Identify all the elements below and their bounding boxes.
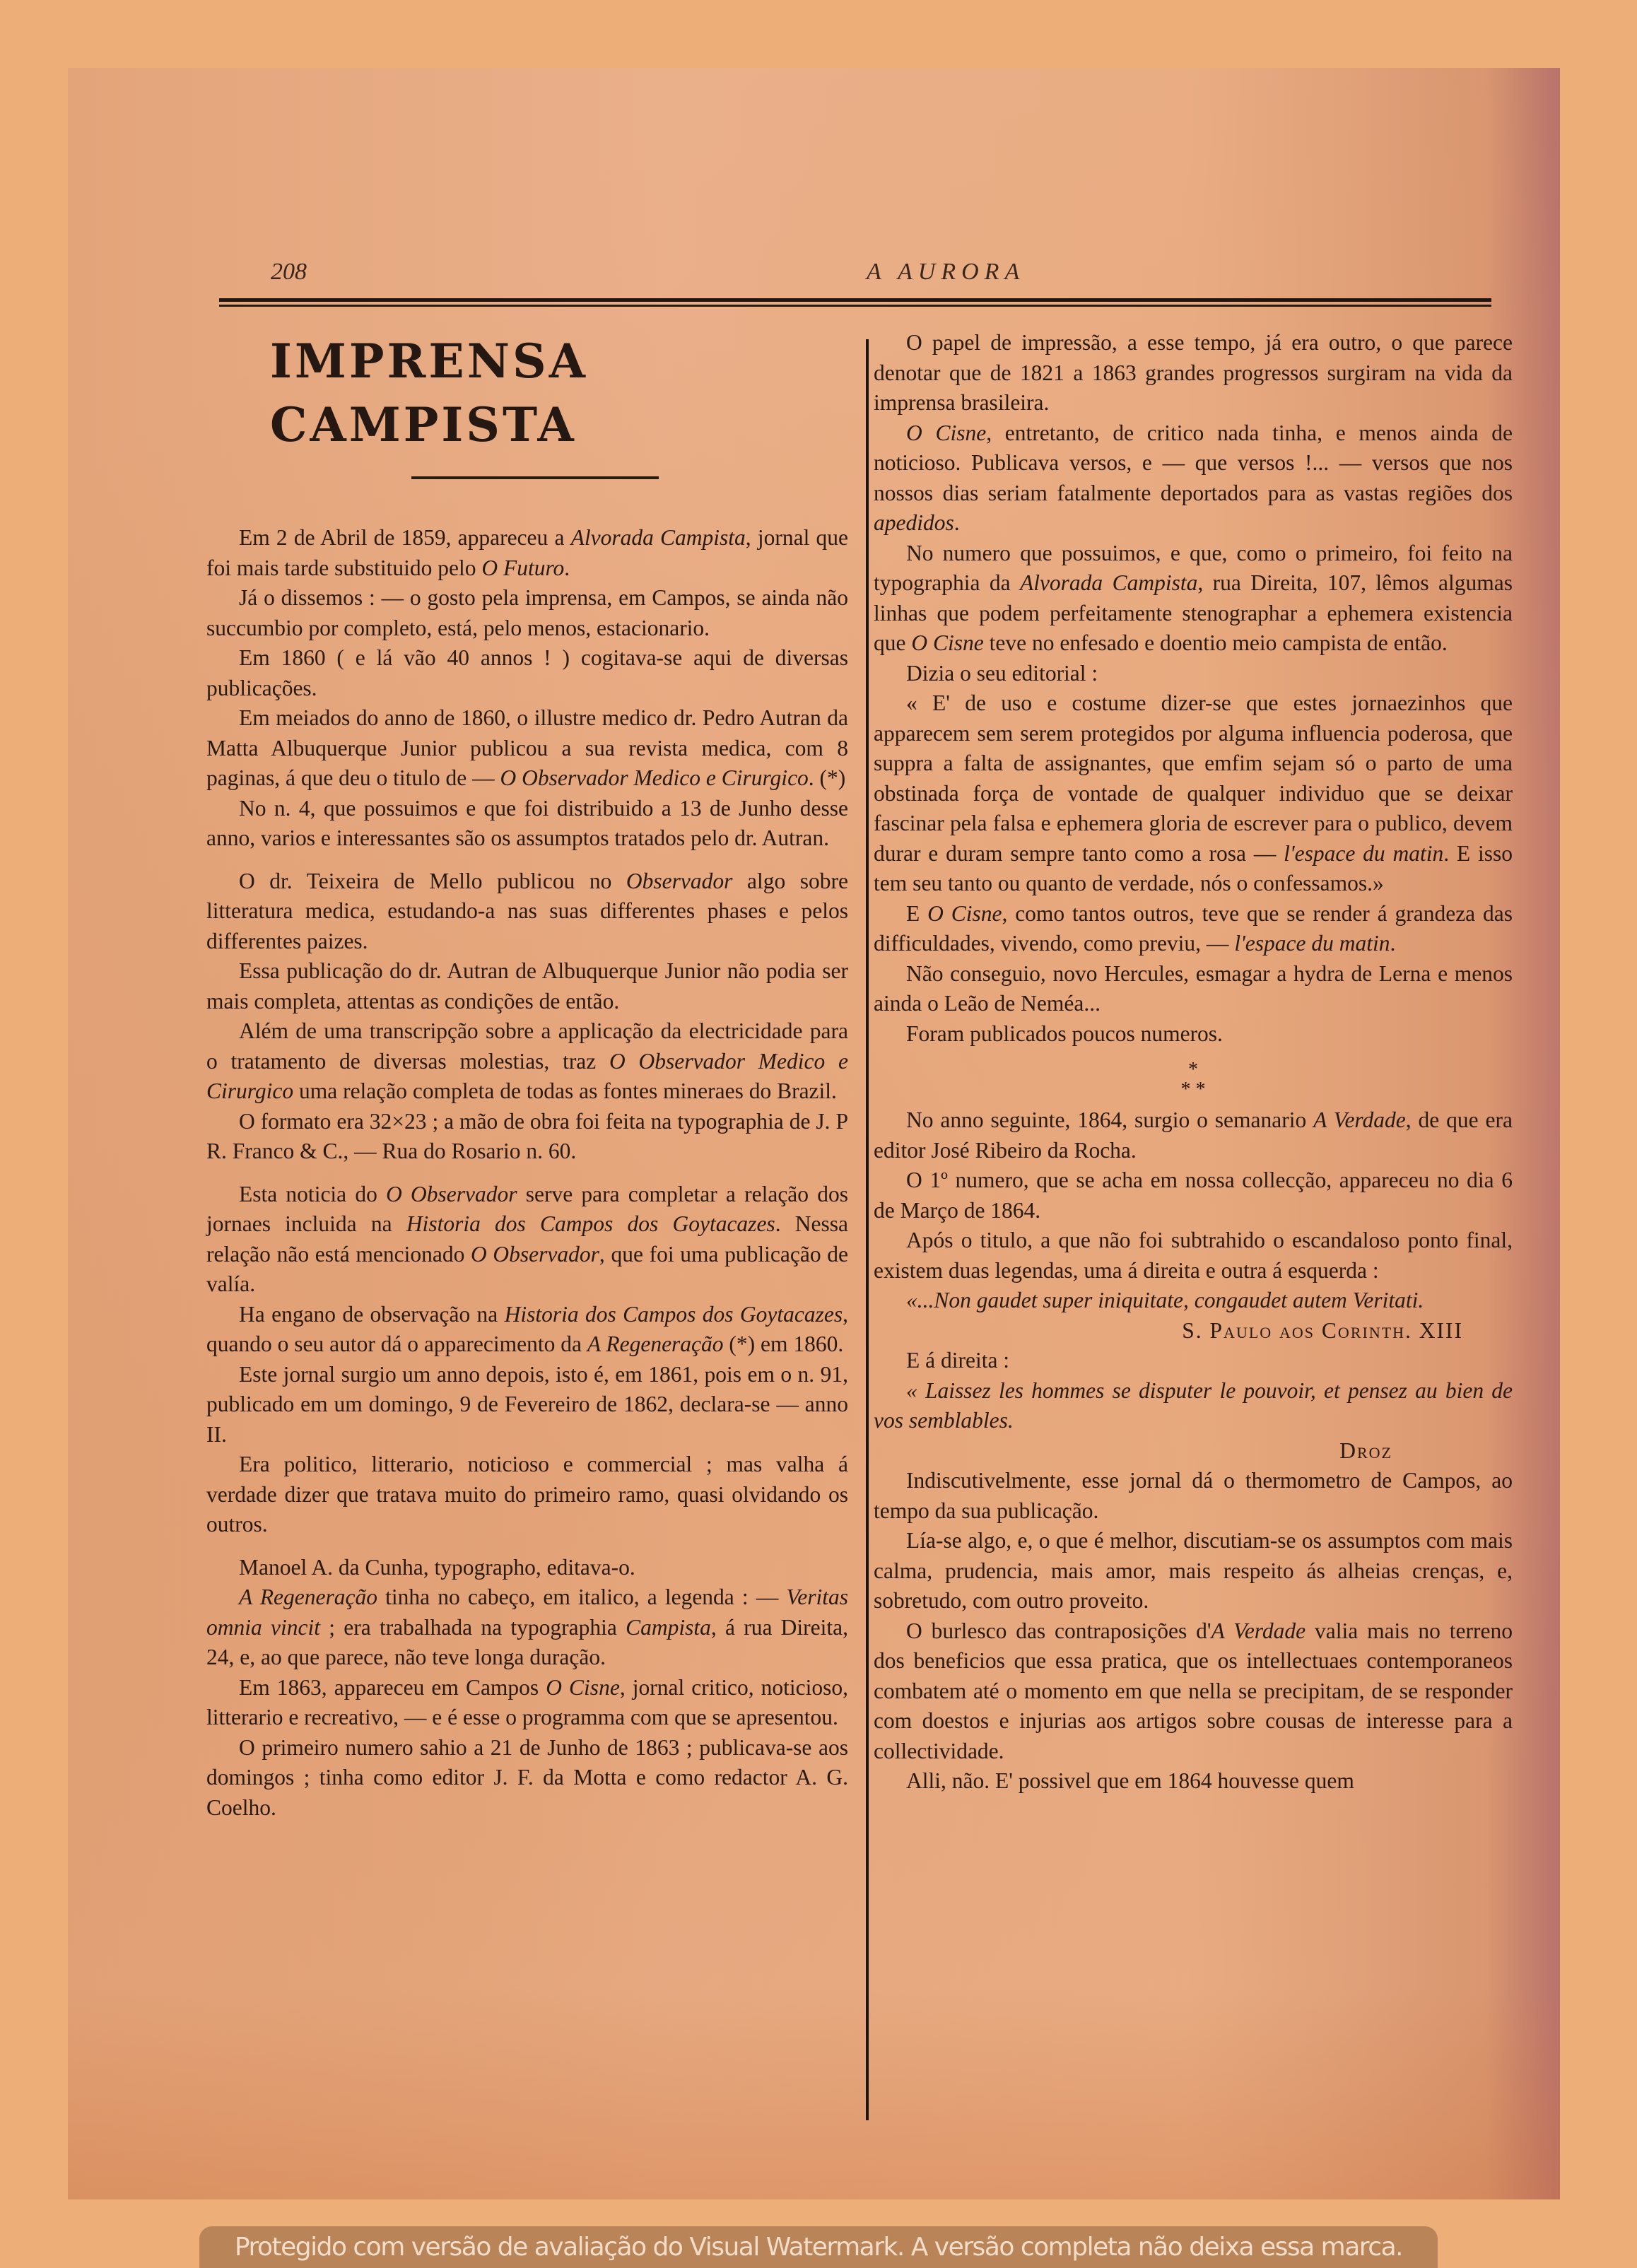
italic-title-text: Alvorada Campista — [1020, 570, 1197, 595]
right-column-body-3: E á direita :« Laissez les hommes se dis… — [874, 1346, 1513, 1436]
paragraph: Dizia o seu editorial : — [874, 659, 1513, 689]
body-text: O formato era 32×23 ; a mão de obra foi … — [206, 1109, 848, 1164]
journal-title: A AURORA — [867, 259, 1025, 286]
title-rule — [411, 476, 659, 479]
paragraph: « E' de uso e costume dizer-se que estes… — [874, 688, 1513, 899]
paragraph: Em 1860 ( e lá vão 40 annos ! ) cogitava… — [206, 643, 848, 703]
paragraph: Manoel A. da Cunha, typographo, editava-… — [206, 1553, 848, 1583]
paragraph: O burlesco das contraposições d'A Verdad… — [874, 1616, 1513, 1767]
paragraph: Além de uma transcripção sobre a applica… — [206, 1016, 848, 1107]
paragraph: Lía-se algo, e, o que é melhor, discutia… — [874, 1526, 1513, 1616]
running-head: 208 A AURORA — [68, 259, 1560, 294]
body-text: ; era trabalhada na typographia — [320, 1615, 626, 1640]
body-text: O 1º numero, que se acha em nossa collec… — [874, 1168, 1513, 1223]
paragraph: O dr. Teixeira de Mello publicou no Obse… — [206, 866, 848, 957]
body-text: uma relação completa de todas as fontes … — [293, 1079, 837, 1103]
body-text: teve no enfesado e doentio meio campista… — [984, 630, 1448, 655]
column-divider — [866, 339, 869, 2120]
body-text: O dr. Teixeira de Mello publicou no — [239, 869, 626, 893]
paragraph: O primeiro numero sahio a 21 de Junho de… — [206, 1733, 848, 1823]
right-column: O papel de impressão, a esse tempo, já e… — [874, 328, 1513, 1797]
paragraph: O formato era 32×23 ; a mão de obra foi … — [206, 1107, 848, 1167]
paragraph: E O Cisne, como tantos outros, teve que … — [874, 899, 1513, 959]
italic-title-text: O Observador — [386, 1182, 517, 1206]
paragraph: «...Non gaudet super iniquitate, congaud… — [874, 1286, 1513, 1316]
body-text: No n. 4, que possuimos e que foi distrib… — [206, 796, 848, 851]
paragraph: Já o dissemos : — o gosto pela imprensa,… — [206, 583, 848, 643]
paragraph: No numero que possuimos, e que, como o p… — [874, 539, 1513, 659]
italic-title-text: l'espace du matin — [1234, 931, 1390, 956]
body-text: Já o dissemos : — o gosto pela imprensa,… — [206, 585, 848, 640]
body-text: E — [906, 901, 927, 926]
body-text: (*) em 1860. — [724, 1332, 844, 1356]
paragraph: Essa publicação do dr. Autran de Albuque… — [206, 956, 848, 1016]
left-column-body: Em 2 de Abril de 1859, appareceu a Alvor… — [206, 523, 848, 1823]
body-text: Após o titulo, a que não foi subtrahido … — [874, 1228, 1513, 1283]
body-text: . — [564, 556, 570, 580]
italic-title-text: « Laissez les hommes se disputer le pouv… — [874, 1378, 1513, 1433]
paragraph: O 1º numero, que se acha em nossa collec… — [874, 1165, 1513, 1226]
body-text: E á direita : — [906, 1348, 1009, 1373]
paper-shading — [68, 1987, 1560, 2199]
paragraph: No anno seguinte, 1864, surgio o semanar… — [874, 1105, 1513, 1165]
body-text: « E' de uso e costume dizer-se que estes… — [874, 691, 1513, 866]
italic-title-text: O Cisne — [906, 421, 986, 445]
paragraph: Indiscutivelmente, esse jornal dá o ther… — [874, 1466, 1513, 1526]
body-text: Indiscutivelmente, esse jornal dá o ther… — [874, 1468, 1513, 1523]
right-column-body-1: O papel de impressão, a esse tempo, já e… — [874, 328, 1513, 1049]
paragraph: O papel de impressão, a esse tempo, já e… — [874, 328, 1513, 418]
article-title: IMPRENSA CAMPISTA — [270, 329, 848, 457]
body-text: Este jornal surgio um anno depois, isto … — [206, 1362, 848, 1447]
left-column: IMPRENSA CAMPISTA Em 2 de Abril de 1859,… — [206, 329, 848, 1823]
scanned-page: 208 A AURORA IMPRENSA CAMPISTA Em 2 de A… — [68, 68, 1560, 2199]
body-text: tinha no cabeço, em italico, a legenda :… — [377, 1585, 786, 1609]
body-text: O burlesco das contraposições d' — [906, 1618, 1211, 1643]
paragraph: Em 2 de Abril de 1859, appareceu a Alvor… — [206, 523, 848, 583]
body-text: Em 1860 ( e lá vão 40 annos ! ) cogitava… — [206, 645, 848, 700]
page-number: 208 — [271, 259, 307, 286]
body-text: Ha engano de observação na — [239, 1302, 505, 1327]
body-text: Esta noticia do — [239, 1182, 386, 1206]
right-column-body-4: Indiscutivelmente, esse jornal dá o ther… — [874, 1466, 1513, 1797]
italic-title-text: A Verdade — [1211, 1618, 1306, 1643]
quote-attribution-droz: Droz — [874, 1436, 1513, 1467]
body-text: Em 2 de Abril de 1859, appareceu a — [239, 525, 571, 550]
body-text: . (*) — [809, 765, 845, 790]
italic-title-text: A Regeneração — [239, 1585, 377, 1609]
body-text: . — [954, 510, 960, 535]
italic-title-text: A Regeneração — [587, 1332, 724, 1356]
watermark-notice: Protegido com versão de avaliação do Vis… — [199, 2226, 1438, 2268]
paragraph: Ha engano de observação na Historia dos … — [206, 1300, 848, 1360]
right-column-body-2: No anno seguinte, 1864, surgio o semanar… — [874, 1105, 1513, 1316]
italic-title-text: Alvorada Campista — [571, 525, 746, 550]
paragraph: Após o titulo, a que não foi subtrahido … — [874, 1226, 1513, 1286]
quote-attribution-corinthians: S. Paulo aos Corinth. XIII — [874, 1316, 1513, 1346]
body-text: Foram publicados poucos numeros. — [906, 1021, 1223, 1046]
paragraph: Esta noticia do O Observador serve para … — [206, 1180, 848, 1300]
body-text: Lía-se algo, e, o que é melhor, discutia… — [874, 1528, 1513, 1613]
paragraph: Em 1863, appareceu em Campos O Cisne, jo… — [206, 1673, 848, 1733]
body-text: Era politico, litterario, noticioso e co… — [206, 1452, 848, 1537]
body-text: O papel de impressão, a esse tempo, já e… — [874, 330, 1513, 415]
italic-title-text: «...Non gaudet super iniquitate, congaud… — [906, 1288, 1424, 1312]
italic-title-text: O Futuro — [481, 556, 564, 580]
body-text: Essa publicação do dr. Autran de Albuque… — [206, 958, 848, 1013]
italic-title-text: A Verdade — [1313, 1107, 1406, 1132]
paragraph: Alli, não. E' possivel que em 1864 houve… — [874, 1766, 1513, 1797]
paragraph: Este jornal surgio um anno depois, isto … — [206, 1360, 848, 1450]
italic-title-text: O Cisne — [546, 1675, 620, 1700]
body-text: Manoel A. da Cunha, typographo, editava-… — [239, 1555, 635, 1580]
paragraph: A Regeneração tinha no cabeço, em italic… — [206, 1582, 848, 1673]
paragraph: Era politico, litterario, noticioso e co… — [206, 1450, 848, 1540]
body-text: . — [1390, 931, 1396, 956]
italic-title-text: Historia dos Campos dos Goytacazes — [406, 1211, 775, 1236]
italic-title-text: O Cisne — [911, 630, 983, 655]
italic-title-text: Historia dos Campos dos Goytacazes — [505, 1302, 843, 1327]
header-double-rule — [219, 298, 1491, 307]
asterism-separator: ** * — [874, 1060, 1513, 1100]
body-text: O primeiro numero sahio a 21 de Junho de… — [206, 1735, 848, 1820]
italic-title-text: O Cisne — [927, 901, 1002, 926]
italic-title-text: Campista — [626, 1615, 711, 1640]
body-text: Dizia o seu editorial : — [906, 661, 1098, 686]
paragraph: O Cisne, entretanto, de critico nada tin… — [874, 418, 1513, 539]
paragraph: E á direita : — [874, 1346, 1513, 1376]
body-text: Em 1863, appareceu em Campos — [239, 1675, 546, 1700]
body-text: Não conseguio, novo Hercules, esmagar a … — [874, 961, 1513, 1016]
paragraph: Não conseguio, novo Hercules, esmagar a … — [874, 959, 1513, 1019]
body-text: Alli, não. E' possivel que em 1864 houve… — [906, 1768, 1354, 1793]
body-text: No anno seguinte, 1864, surgio o semanar… — [906, 1107, 1313, 1132]
paragraph: Em meiados do anno de 1860, o illustre m… — [206, 703, 848, 794]
italic-title-text: l'espace du matin — [1284, 841, 1443, 866]
paragraph: Foram publicados poucos numeros. — [874, 1019, 1513, 1050]
paragraph: No n. 4, que possuimos e que foi distrib… — [206, 794, 848, 854]
italic-title-text: O Observador Medico e Cirurgico — [500, 765, 809, 790]
italic-title-text: O Observador — [471, 1242, 599, 1267]
paragraph: « Laissez les hommes se disputer le pouv… — [874, 1376, 1513, 1436]
italic-title-text: Observador — [626, 869, 733, 893]
italic-title-text: apedidos — [874, 510, 954, 535]
